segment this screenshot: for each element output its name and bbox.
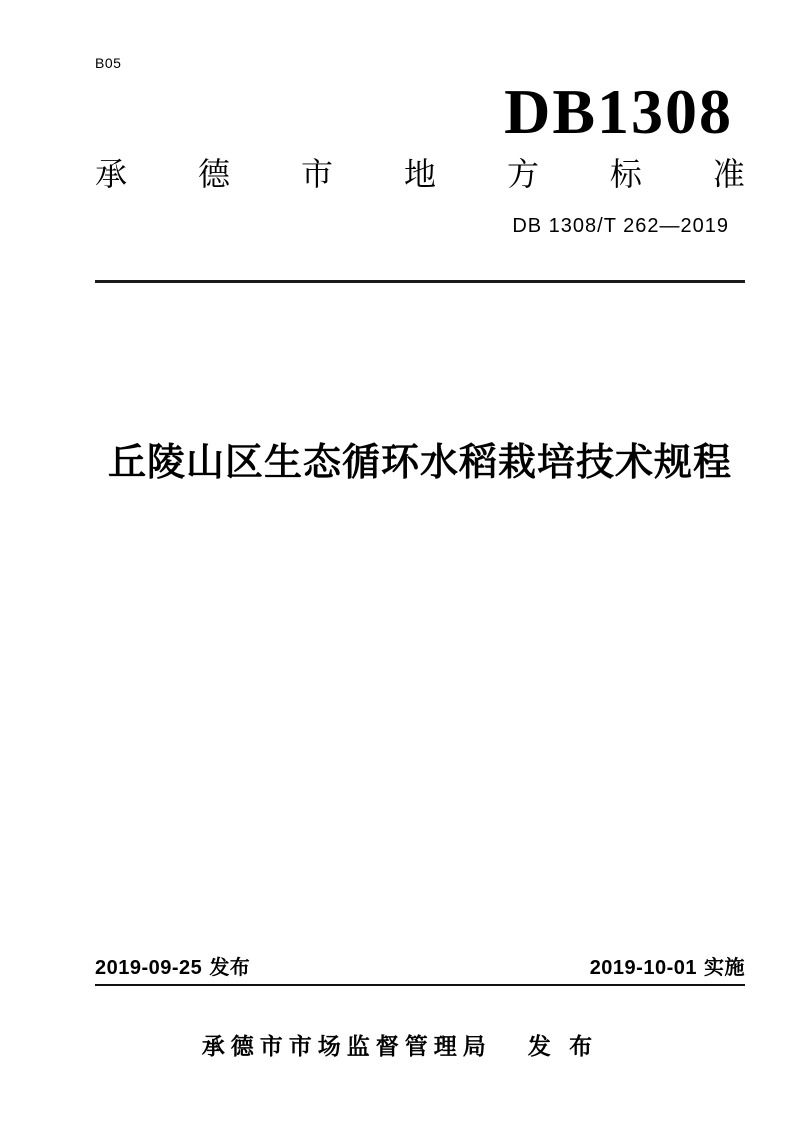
standard-type-char: 市 <box>301 156 333 193</box>
standard-type-char: 标 <box>610 156 642 193</box>
implementation-date-group: 2019-10-01实施 <box>590 951 745 980</box>
standard-logo-code: DB1308 <box>95 80 745 144</box>
classification-code: B05 <box>95 55 745 72</box>
standard-type-char: 承 <box>95 156 127 193</box>
publisher-name: 承德市市场监督管理局 <box>202 1033 492 1059</box>
issue-label: 发布 <box>209 957 250 979</box>
standard-type-char: 德 <box>198 156 230 193</box>
issue-date-group: 2019-09-25发布 <box>95 951 250 980</box>
document-number: DB 1308/T 262—2019 <box>95 215 745 238</box>
publisher-row: 承德市市场监督管理局发 布 <box>0 1033 800 1061</box>
standard-type-row: 承 德 市 地 方 标 准 <box>95 156 745 193</box>
implementation-date: 2019-10-01 <box>590 957 697 979</box>
standard-type-char: 方 <box>507 156 539 193</box>
standard-cover-page: B05 DB1308 承 德 市 地 方 标 准 DB 1308/T 262—2… <box>0 0 800 1130</box>
standard-title: 丘陵山区生态循环水稻栽培技术规程 <box>95 439 745 488</box>
standard-type-char: 地 <box>404 156 436 193</box>
publish-action-label: 发 布 <box>528 1033 598 1059</box>
implementation-label: 实施 <box>704 957 745 979</box>
standard-type-char: 准 <box>713 156 745 193</box>
header-rule-line <box>95 280 745 283</box>
dates-row: 2019-09-25发布 2019-10-01实施 <box>95 951 745 986</box>
issue-date: 2019-09-25 <box>95 957 202 979</box>
